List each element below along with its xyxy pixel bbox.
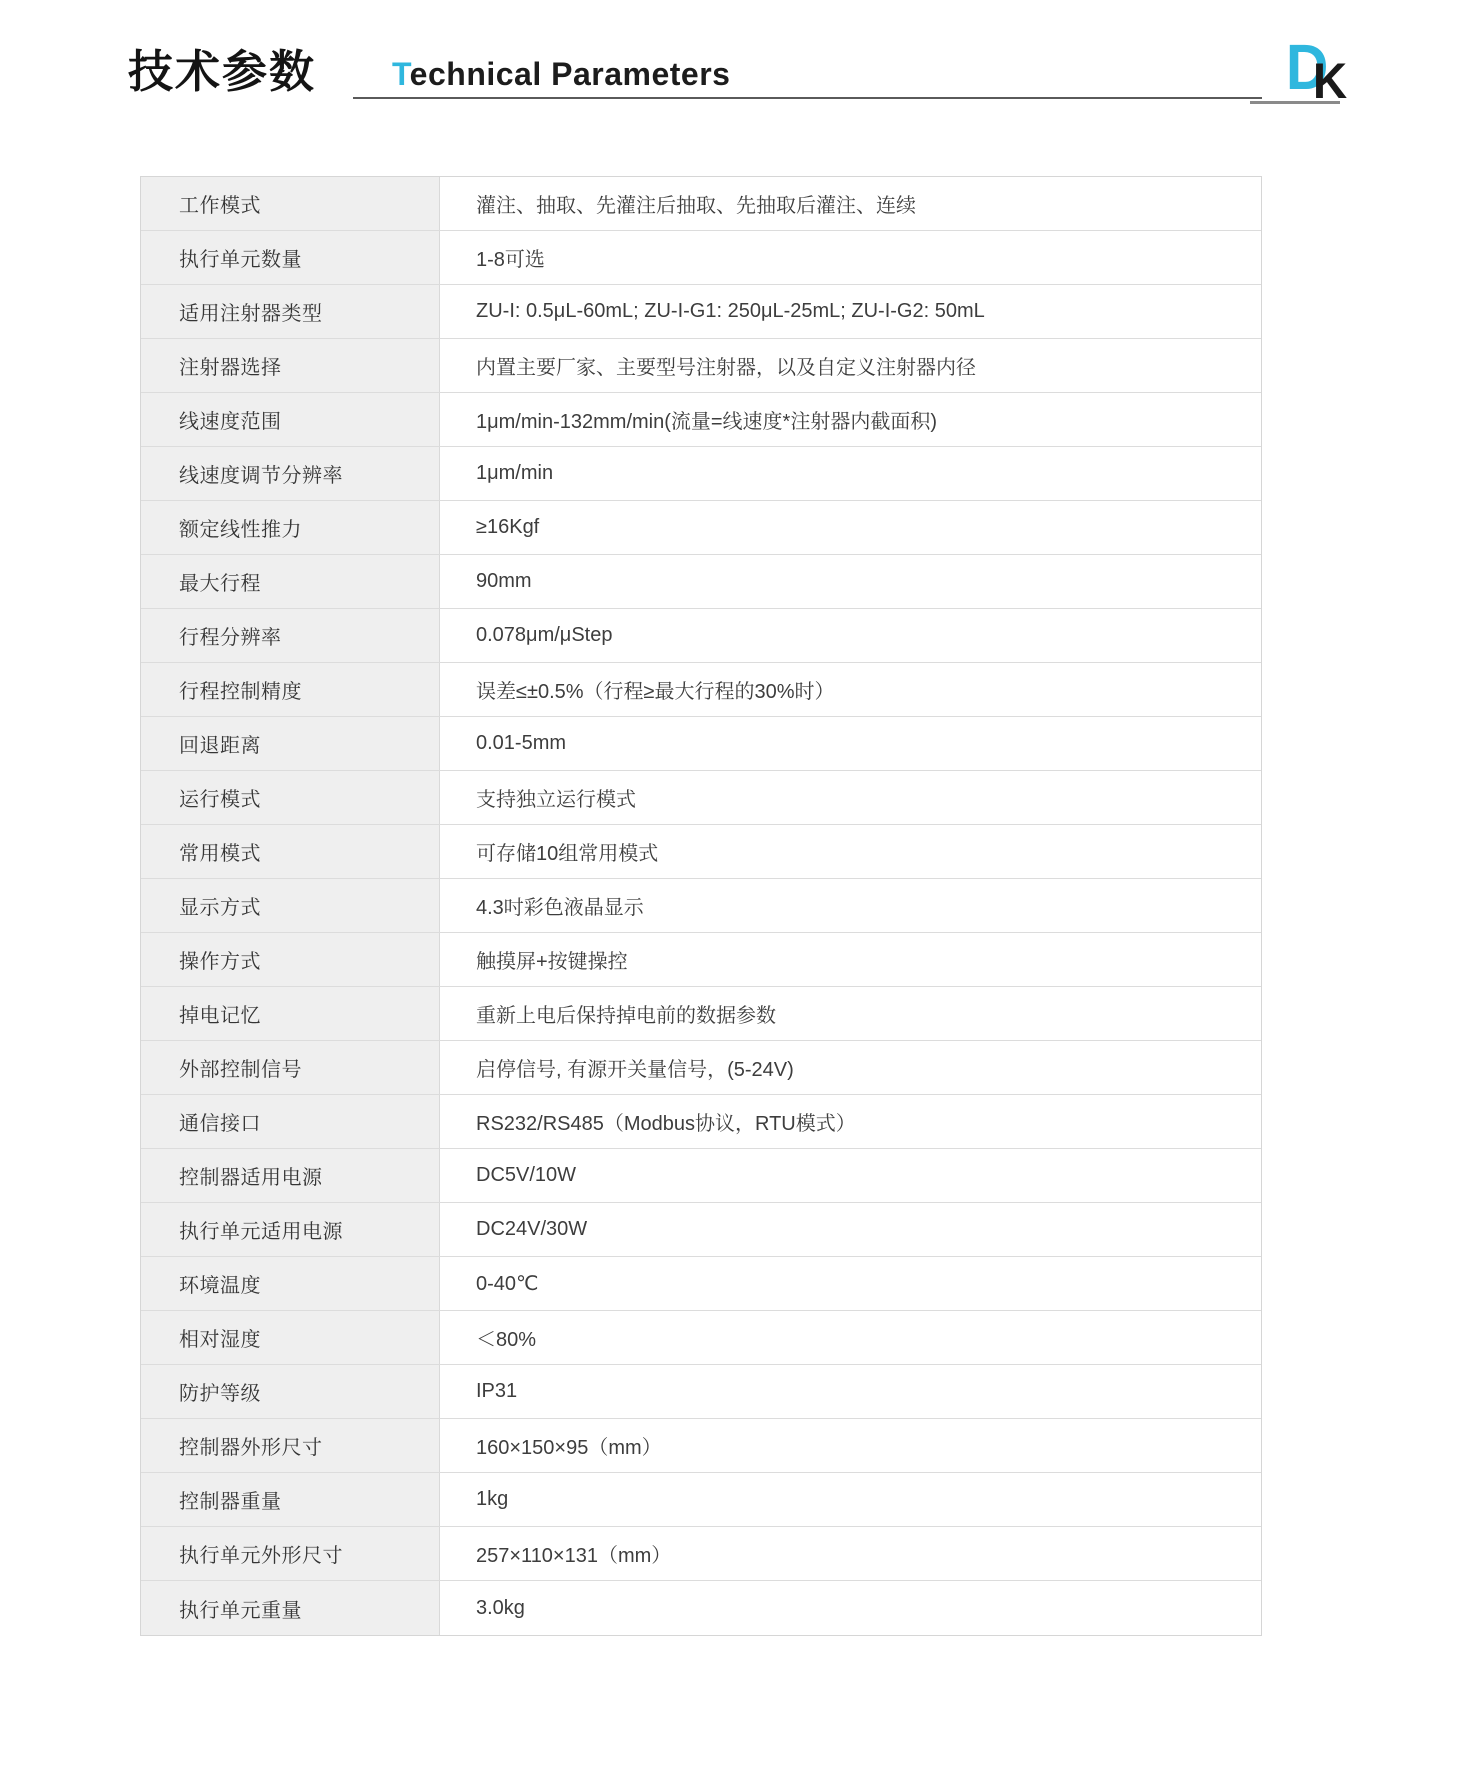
param-label: 操作方式: [141, 933, 440, 986]
param-value: 误差≤±0.5%（行程≥最大行程的30%时）: [440, 663, 1261, 716]
table-row: 外部控制信号启停信号, 有源开关量信号，(5-24V): [141, 1041, 1261, 1095]
table-row: 控制器适用电源DC5V/10W: [141, 1149, 1261, 1203]
param-value: 1μm/min: [440, 447, 1261, 500]
spec-table: 工作模式灌注、抽取、先灌注后抽取、先抽取后灌注、连续执行单元数量1-8可选适用注…: [140, 176, 1262, 1636]
param-label: 最大行程: [141, 555, 440, 608]
param-label: 行程分辨率: [141, 609, 440, 662]
table-row: 注射器选择内置主要厂家、主要型号注射器，以及自定义注射器内径: [141, 339, 1261, 393]
table-row: 执行单元数量1-8可选: [141, 231, 1261, 285]
table-row: 操作方式触摸屏+按键操控: [141, 933, 1261, 987]
table-row: 最大行程90mm: [141, 555, 1261, 609]
table-row: 额定线性推力≥16Kgf: [141, 501, 1261, 555]
logo-letter-k: K: [1313, 56, 1347, 106]
param-value: DC5V/10W: [440, 1149, 1261, 1202]
table-row: 行程分辨率0.078μm/μStep: [141, 609, 1261, 663]
param-value: 90mm: [440, 555, 1261, 608]
param-label: 回退距离: [141, 717, 440, 770]
param-label: 外部控制信号: [141, 1041, 440, 1094]
table-row: 常用模式可存储10组常用模式: [141, 825, 1261, 879]
param-value: 257×110×131（mm）: [440, 1527, 1261, 1580]
param-value: 启停信号, 有源开关量信号，(5-24V): [440, 1041, 1261, 1094]
param-value: ＜80%: [440, 1311, 1261, 1364]
table-row: 控制器重量1kg: [141, 1473, 1261, 1527]
table-row: 执行单元适用电源DC24V/30W: [141, 1203, 1261, 1257]
param-label: 相对湿度: [141, 1311, 440, 1364]
param-label: 线速度范围: [141, 393, 440, 446]
table-row: 控制器外形尺寸160×150×95（mm）: [141, 1419, 1261, 1473]
param-value: ZU-I: 0.5μL-60mL; ZU-I-G1: 250μL-25mL; Z…: [440, 285, 1261, 338]
param-label: 工作模式: [141, 177, 440, 230]
param-label: 额定线性推力: [141, 501, 440, 554]
param-label: 注射器选择: [141, 339, 440, 392]
table-row: 环境温度0-40℃: [141, 1257, 1261, 1311]
param-value: 1-8可选: [440, 231, 1261, 284]
param-label: 适用注射器类型: [141, 285, 440, 338]
param-value: DC24V/30W: [440, 1203, 1261, 1256]
table-row: 线速度范围1μm/min-132mm/min(流量=线速度*注射器内截面积): [141, 393, 1261, 447]
param-label: 显示方式: [141, 879, 440, 932]
param-label: 常用模式: [141, 825, 440, 878]
param-label: 环境温度: [141, 1257, 440, 1310]
param-value: 内置主要厂家、主要型号注射器，以及自定义注射器内径: [440, 339, 1261, 392]
param-value: 1μm/min-132mm/min(流量=线速度*注射器内截面积): [440, 393, 1261, 446]
param-value: ≥16Kgf: [440, 501, 1261, 554]
dk-logo: D K: [1240, 30, 1370, 110]
table-row: 行程控制精度误差≤±0.5%（行程≥最大行程的30%时）: [141, 663, 1261, 717]
param-label: 执行单元数量: [141, 231, 440, 284]
page: 技术参数 Technical Parameters D K 工作模式灌注、抽取、…: [0, 0, 1480, 1790]
param-label: 线速度调节分辨率: [141, 447, 440, 500]
page-title-en-initial: T: [392, 56, 410, 92]
page-title-en: Technical Parameters: [392, 57, 730, 91]
param-value: IP31: [440, 1365, 1261, 1418]
param-value: 160×150×95（mm）: [440, 1419, 1261, 1472]
table-row: 工作模式灌注、抽取、先灌注后抽取、先抽取后灌注、连续: [141, 177, 1261, 231]
param-value: 支持独立运行模式: [440, 771, 1261, 824]
param-value: 0.01-5mm: [440, 717, 1261, 770]
param-label: 执行单元重量: [141, 1581, 440, 1635]
table-row: 通信接口RS232/RS485（Modbus协议，RTU模式）: [141, 1095, 1261, 1149]
param-label: 掉电记忆: [141, 987, 440, 1040]
page-title-en-rest: echnical Parameters: [410, 56, 731, 92]
table-row: 线速度调节分辨率1μm/min: [141, 447, 1261, 501]
table-row: 执行单元重量3.0kg: [141, 1581, 1261, 1635]
header-divider-line: [353, 97, 1262, 99]
param-label: 控制器重量: [141, 1473, 440, 1526]
table-row: 掉电记忆重新上电后保持掉电前的数据参数: [141, 987, 1261, 1041]
table-row: 相对湿度＜80%: [141, 1311, 1261, 1365]
table-row: 执行单元外形尺寸257×110×131（mm）: [141, 1527, 1261, 1581]
param-value: 0.078μm/μStep: [440, 609, 1261, 662]
table-row: 防护等级IP31: [141, 1365, 1261, 1419]
param-value: 4.3吋彩色液晶显示: [440, 879, 1261, 932]
param-value: 3.0kg: [440, 1581, 1261, 1635]
param-value: 0-40℃: [440, 1257, 1261, 1310]
table-row: 运行模式支持独立运行模式: [141, 771, 1261, 825]
param-label: 防护等级: [141, 1365, 440, 1418]
logo-underline: [1250, 101, 1340, 104]
param-value: 触摸屏+按键操控: [440, 933, 1261, 986]
param-value: 灌注、抽取、先灌注后抽取、先抽取后灌注、连续: [440, 177, 1261, 230]
table-row: 适用注射器类型ZU-I: 0.5μL-60mL; ZU-I-G1: 250μL-…: [141, 285, 1261, 339]
param-label: 控制器适用电源: [141, 1149, 440, 1202]
param-value: 重新上电后保持掉电前的数据参数: [440, 987, 1261, 1040]
table-row: 回退距离0.01-5mm: [141, 717, 1261, 771]
page-title-zh: 技术参数: [128, 46, 316, 98]
param-value: 1kg: [440, 1473, 1261, 1526]
param-value: RS232/RS485（Modbus协议，RTU模式）: [440, 1095, 1261, 1148]
param-label: 执行单元外形尺寸: [141, 1527, 440, 1580]
param-label: 运行模式: [141, 771, 440, 824]
spec-table-body: 工作模式灌注、抽取、先灌注后抽取、先抽取后灌注、连续执行单元数量1-8可选适用注…: [141, 177, 1261, 1635]
param-label: 控制器外形尺寸: [141, 1419, 440, 1472]
param-value: 可存储10组常用模式: [440, 825, 1261, 878]
param-label: 通信接口: [141, 1095, 440, 1148]
param-label: 行程控制精度: [141, 663, 440, 716]
param-label: 执行单元适用电源: [141, 1203, 440, 1256]
table-row: 显示方式4.3吋彩色液晶显示: [141, 879, 1261, 933]
